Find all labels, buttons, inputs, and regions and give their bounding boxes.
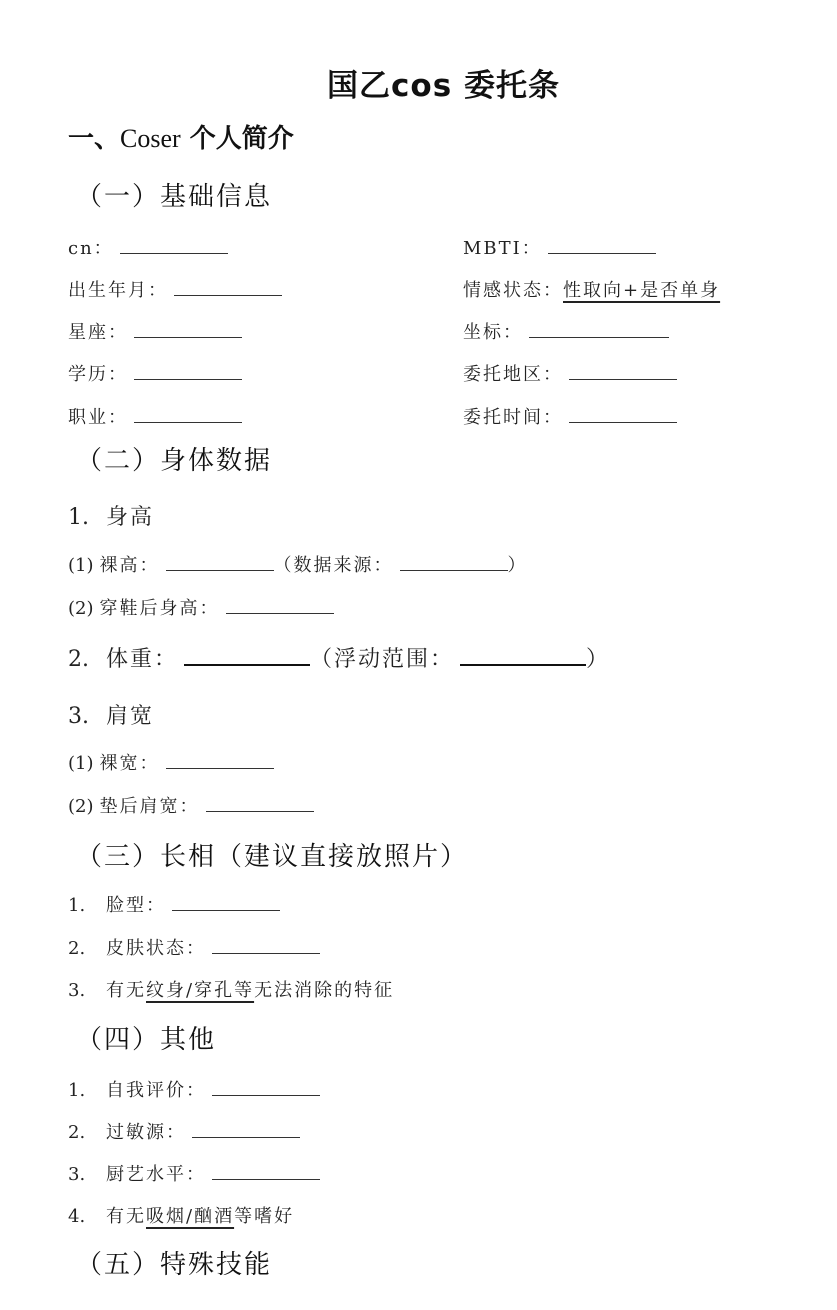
- field-label: 垫后肩宽：: [100, 796, 200, 817]
- blank-line[interactable]: [174, 279, 282, 296]
- field-commission-time: 委托时间：: [463, 403, 677, 429]
- blank-line[interactable]: [134, 363, 242, 380]
- field-label: 委托时间：: [463, 407, 563, 428]
- sub-number: (1): [68, 753, 94, 774]
- field-mbti: MBTI：: [463, 234, 656, 260]
- blank-line[interactable]: [166, 554, 274, 571]
- field-commission-region: 委托地区：: [463, 360, 677, 386]
- blank-line[interactable]: [460, 644, 586, 666]
- item-number: 2.: [68, 647, 106, 672]
- field-label: cn：: [68, 238, 114, 259]
- blank-line[interactable]: [529, 321, 669, 338]
- item-label: 身高: [106, 505, 154, 530]
- field-occupation: 职业：: [68, 403, 242, 429]
- item-height: 1.身高: [68, 500, 154, 531]
- sub-number: (2): [68, 796, 94, 817]
- item-label: 肩宽: [106, 704, 154, 729]
- text-underlined: 吸烟/酗酒: [146, 1206, 234, 1227]
- blank-line[interactable]: [400, 554, 508, 571]
- subheading-others: （四）其他: [76, 1019, 216, 1056]
- field-label: MBTI：: [463, 238, 542, 259]
- item-number: 4.: [68, 1206, 106, 1227]
- field-education: 学历：: [68, 360, 242, 386]
- subheading-body-data: （二）身体数据: [76, 440, 272, 477]
- sub-number: (1): [68, 555, 94, 576]
- item-number: 3.: [68, 704, 106, 729]
- field-location: 坐标：: [463, 318, 669, 344]
- field-label: 皮肤状态：: [106, 938, 206, 959]
- item-face-shape: 1.脸型：: [68, 891, 280, 917]
- blank-line[interactable]: [569, 406, 677, 423]
- text-underlined: 纹身/穿孔等: [146, 980, 254, 1001]
- blank-line[interactable]: [212, 1079, 320, 1096]
- text-post: 等嗜好: [234, 1206, 294, 1227]
- item-cooking: 3.厨艺水平：: [68, 1160, 320, 1186]
- item-self-evaluation: 1.自我评价：: [68, 1076, 320, 1102]
- text-pre: 有无: [106, 980, 146, 1001]
- blank-line[interactable]: [226, 597, 334, 614]
- field-label: 委托地区：: [463, 364, 563, 385]
- field-label: 学历：: [68, 364, 128, 385]
- blank-line[interactable]: [212, 937, 320, 954]
- field-label: 穿鞋后身高：: [100, 598, 220, 619]
- blank-line[interactable]: [569, 363, 677, 380]
- item-padded-shoulder: (2)垫后肩宽：: [68, 792, 314, 818]
- item-skin: 2.皮肤状态：: [68, 934, 320, 960]
- text-pre: 有无: [106, 1206, 146, 1227]
- item-number: 3.: [68, 980, 106, 1001]
- field-label: 裸高：: [100, 555, 160, 576]
- field-relationship: 情感状态：性取向+是否单身: [463, 276, 720, 302]
- field-label: 自我评价：: [106, 1080, 206, 1101]
- blank-line[interactable]: [184, 644, 310, 666]
- item-number: 2.: [68, 1122, 106, 1143]
- data-source-label: （数据来源：: [274, 555, 394, 576]
- item-shoe-height: (2)穿鞋后身高：: [68, 594, 334, 620]
- field-label: 裸宽：: [100, 753, 160, 774]
- blank-line[interactable]: [192, 1121, 300, 1138]
- section-latin: Coser: [120, 124, 181, 153]
- field-label: 情感状态：: [463, 280, 563, 301]
- field-label: 过敏源：: [106, 1122, 186, 1143]
- item-allergens: 2.过敏源：: [68, 1118, 300, 1144]
- blank-line[interactable]: [134, 406, 242, 423]
- text-post: 无法消除的特征: [254, 980, 394, 1001]
- subheading-appearance: （三）长相（建议直接放照片）: [76, 836, 468, 873]
- item-tattoo: 3.有无纹身/穿孔等无法消除的特征: [68, 976, 394, 1002]
- field-label: 脸型：: [106, 895, 166, 916]
- sub-number: (2): [68, 598, 94, 619]
- item-bare-height: (1)裸高：（数据来源：）: [68, 551, 528, 577]
- blank-line[interactable]: [120, 237, 228, 254]
- blank-line[interactable]: [548, 237, 656, 254]
- field-label: 厨艺水平：: [106, 1164, 206, 1185]
- blank-line[interactable]: [166, 752, 274, 769]
- section-rest: 个人简介: [181, 124, 294, 154]
- close-paren: ）: [508, 555, 528, 576]
- section-prefix: 一、: [68, 124, 120, 154]
- item-bare-shoulder: (1)裸宽：: [68, 749, 274, 775]
- field-label: 星座：: [68, 322, 128, 343]
- section-heading-coser-profile: 一、Coser 个人简介: [68, 118, 294, 155]
- item-number: 1.: [68, 895, 106, 916]
- close-paren: ）: [586, 647, 610, 672]
- range-label: （浮动范围：: [310, 647, 454, 672]
- field-zodiac: 星座：: [68, 318, 242, 344]
- subheading-basic-info: （一）基础信息: [76, 176, 272, 213]
- field-label: 坐标：: [463, 322, 523, 343]
- document-title: 国乙cos 委托条: [0, 60, 837, 105]
- field-birth: 出生年月：: [68, 276, 282, 302]
- blank-line[interactable]: [206, 795, 314, 812]
- subheading-special-skills: （五）特殊技能: [76, 1244, 272, 1281]
- field-label: 职业：: [68, 407, 128, 428]
- field-label: 体重：: [106, 647, 178, 672]
- field-label: 出生年月：: [68, 280, 168, 301]
- item-number: 2.: [68, 938, 106, 959]
- blank-line[interactable]: [212, 1163, 320, 1180]
- blank-line[interactable]: [134, 321, 242, 338]
- item-weight: 2.体重：（浮动范围：）: [68, 642, 610, 673]
- field-value: 性取向+是否单身: [563, 280, 720, 301]
- item-number: 1.: [68, 1080, 106, 1101]
- item-shoulder: 3.肩宽: [68, 699, 154, 730]
- item-number: 3.: [68, 1164, 106, 1185]
- blank-line[interactable]: [172, 894, 280, 911]
- field-cn: cn：: [68, 234, 228, 260]
- item-habits: 4.有无吸烟/酗酒等嗜好: [68, 1202, 294, 1228]
- item-number: 1.: [68, 505, 106, 530]
